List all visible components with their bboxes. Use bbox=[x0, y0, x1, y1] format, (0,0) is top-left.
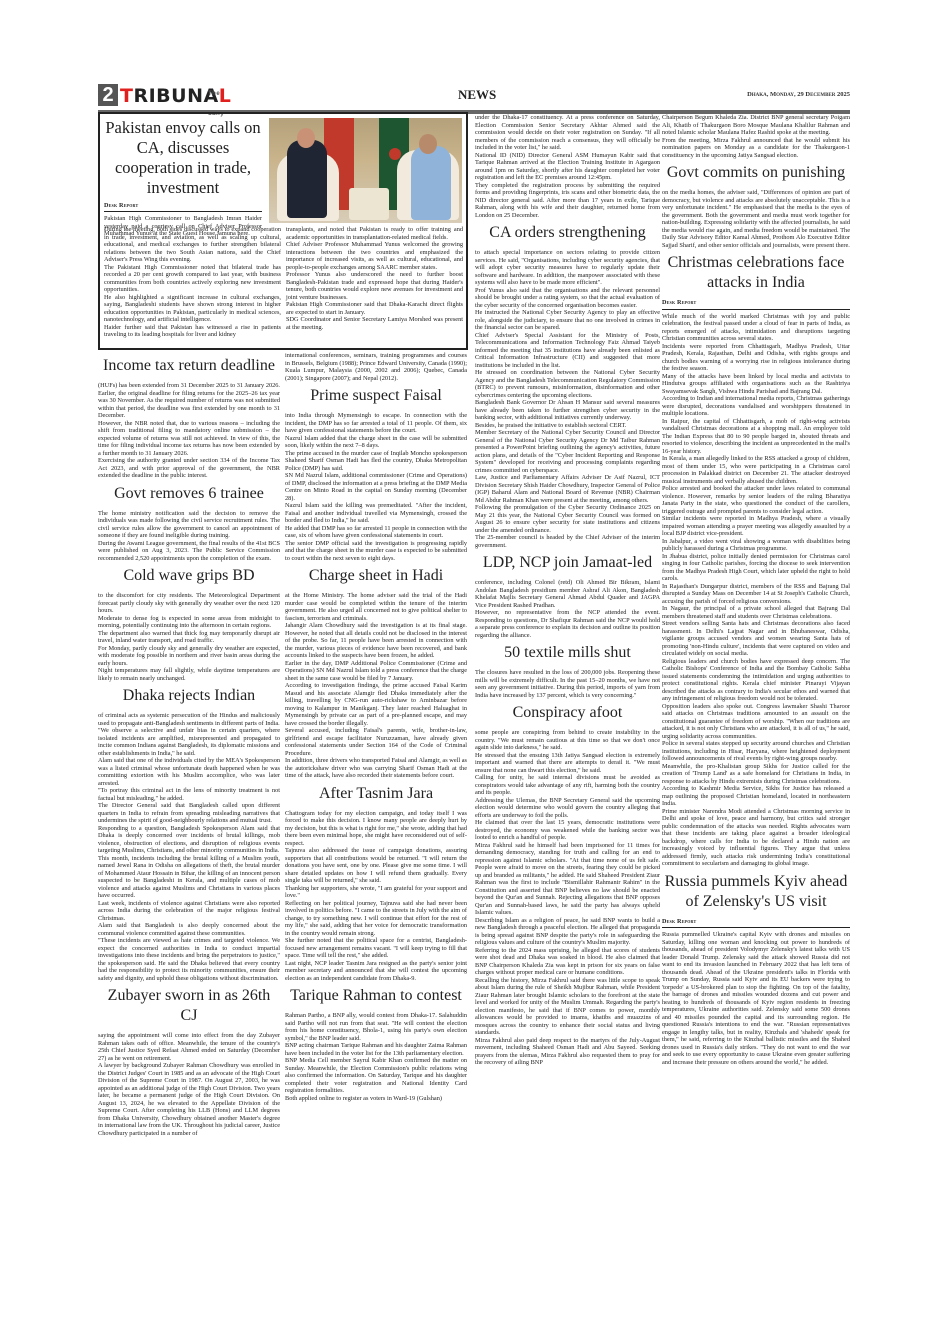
paragraph: Nazrul Islam added that the charge sheet… bbox=[285, 435, 467, 450]
paragraph: Last week, incidents of violence against… bbox=[98, 900, 280, 923]
paragraph: Russia pummelled Ukraine's capital Kyiv … bbox=[662, 931, 850, 1066]
paragraph: Besides, he praised the initiative to es… bbox=[475, 422, 660, 430]
paragraph: Religious leaders and church bodies have… bbox=[662, 658, 850, 703]
paragraph: She further noted that the political spa… bbox=[285, 937, 467, 960]
paragraph: Many of the attacks have been linked by … bbox=[662, 373, 850, 396]
paragraph: Prime minister Narendra Modi attended a … bbox=[662, 808, 850, 868]
article[interactable]: Christmas celebrations face attacks in I… bbox=[662, 253, 850, 868]
paragraph: SDG Coordinator and Senior Secretary Lam… bbox=[286, 316, 463, 331]
paragraph: According to Kashmir Media Service, Sikh… bbox=[662, 785, 850, 808]
paragraph: Mirza Fakhrul also paid deep respect to … bbox=[475, 1037, 660, 1067]
paragraph: The Director General said that Banglades… bbox=[98, 802, 280, 825]
paragraph: He added that DMP has so far arrested 11… bbox=[285, 525, 467, 540]
lead-header: Pakistan envoy calls on CA, discusses co… bbox=[104, 118, 262, 238]
article[interactable]: After Tasnim JaraChattogram today for my… bbox=[285, 784, 467, 983]
article-headline[interactable]: 50 textile mills shut bbox=[475, 643, 660, 663]
paragraph: to attach special importance on sectors … bbox=[475, 249, 660, 287]
paragraph: They completed the registration process … bbox=[475, 182, 660, 220]
paragraph: transplants, and noted that Pakistan is … bbox=[286, 226, 463, 241]
chief-adviser-head bbox=[419, 134, 437, 154]
logo-letters: RIBUNA bbox=[133, 85, 218, 107]
article[interactable]: Zubayer sworn in as 26th CJsaying the ap… bbox=[98, 986, 280, 1137]
envoy-figure bbox=[287, 140, 327, 218]
paragraph: According to Indian and international me… bbox=[662, 395, 850, 418]
paragraph: He stressed on coordination between the … bbox=[475, 369, 660, 399]
paragraph: Law, Justice and Parliamentary Affairs A… bbox=[475, 474, 660, 504]
paragraph: Haider further said that Pakistan has wi… bbox=[104, 324, 281, 339]
article-headline[interactable]: LDP, NCP join Jamaat-led bbox=[475, 553, 660, 573]
article[interactable]: Russia pummels Kyiv ahead of Zelensky's … bbox=[662, 872, 850, 1067]
article[interactable]: Chairperson Begum Khaleda Zia. District … bbox=[662, 114, 850, 159]
article-headline[interactable]: Zubayer sworn in as 26th CJ bbox=[98, 986, 280, 1026]
paragraph: A lawyer by background Zubayer Rahman Ch… bbox=[98, 1062, 280, 1137]
article-headline[interactable]: Income tax return deadline bbox=[98, 356, 280, 376]
paragraph: In addition, three drivers who transport… bbox=[285, 757, 467, 780]
paragraph: Jahangir Alam Chowdhury said the investi… bbox=[285, 622, 467, 660]
paragraph: "We observe a selective and unfair bias … bbox=[98, 727, 280, 757]
paragraph: National ID (NID) Director General ASM H… bbox=[475, 152, 660, 182]
paragraph: Member Secretary of the National Cyber S… bbox=[475, 429, 660, 474]
paragraph: Exercising the authority granted under s… bbox=[98, 457, 280, 480]
paragraph: During the meeting, both sides discussed… bbox=[104, 226, 281, 264]
article[interactable]: Income tax return deadline(HUFs) has bee… bbox=[98, 356, 280, 480]
paragraph: In Nagaur, the principal of a private sc… bbox=[662, 605, 850, 620]
paragraph: However, the NBR noted that, due to vari… bbox=[98, 420, 280, 458]
article-byline: Desk Report bbox=[662, 299, 850, 310]
article-headline[interactable]: Cold wave grips BD bbox=[98, 566, 280, 586]
paragraph: From the meeting, Mirza Fakhrul announce… bbox=[662, 137, 850, 160]
newspaper-page: 2 TRIBUNAL The daily NEWS Dhaka, Monday,… bbox=[98, 82, 850, 108]
paragraph: Tajnuva also addressed the issue of camp… bbox=[285, 847, 467, 885]
paragraph: Referring to the 2024 mass uprising, he … bbox=[475, 947, 660, 977]
paragraph: In Jabalpur, a video went viral showing … bbox=[662, 538, 850, 553]
paragraph: Police arrested and booked the attacker … bbox=[662, 485, 850, 515]
paragraph: BNP acting chairman Tarique Rahman and h… bbox=[285, 1042, 467, 1057]
paragraph: (HUFs) has been extended from 31 Decembe… bbox=[98, 382, 280, 420]
article[interactable]: Dhaka rejects Indianof criminal acts as … bbox=[98, 686, 280, 982]
article[interactable]: 50 textile mills shutThe closures have r… bbox=[475, 643, 660, 699]
side-table bbox=[349, 188, 389, 220]
paragraph: While much of the world marked Christmas… bbox=[662, 313, 850, 343]
article-byline: Desk Report bbox=[662, 918, 850, 929]
article[interactable]: Govt commits on punishing on the media h… bbox=[662, 163, 850, 249]
paragraph: Nazrul Islam said the killing was premed… bbox=[285, 502, 467, 525]
column-1: Income tax return deadline(HUFs) has bee… bbox=[98, 352, 280, 1137]
paragraph: Thanking her supporters, she wrote, "I a… bbox=[285, 885, 467, 900]
paragraph: Earlier in the day, DMP Additional Polic… bbox=[285, 660, 467, 683]
paragraph: The home ministry notification said the … bbox=[98, 510, 280, 540]
lead-headline[interactable]: Pakistan envoy calls on CA, discusses co… bbox=[104, 118, 262, 198]
article[interactable]: Cold wave grips BDto the discomfort for … bbox=[98, 566, 280, 682]
paragraph: Rahman Partho, a BNP ally, would contest… bbox=[285, 1012, 467, 1042]
column-3: under the Dhaka-17 constituency. At a pr… bbox=[475, 114, 660, 1067]
paragraph: Chairperson Begum Khaleda Zia. District … bbox=[662, 114, 850, 137]
article-headline[interactable]: Russia pummels Kyiv ahead of Zelensky's … bbox=[662, 872, 850, 912]
article-headline[interactable]: Prime suspect Faisal bbox=[285, 386, 467, 406]
paragraph: Chief Adviser Professor Muhammad Yunus w… bbox=[286, 241, 463, 271]
paragraph: During the Awami League government, the … bbox=[98, 540, 280, 563]
paragraph: Pakistan High Commissioner said that Dha… bbox=[286, 301, 463, 316]
article[interactable]: CA orders strengtheningto attach special… bbox=[475, 223, 660, 549]
paragraph: Responding to a question, Bangladesh Spo… bbox=[98, 825, 280, 855]
article-headline[interactable]: Govt removes 6 trainee bbox=[98, 484, 280, 504]
paragraph: Last night, NCP leader Tasnim Jara resig… bbox=[285, 960, 467, 983]
article[interactable]: Charge sheet in Hadiat the Home Ministry… bbox=[285, 566, 467, 780]
dateline: Dhaka, Monday, 29 December 2025 bbox=[747, 91, 850, 98]
page-number: 2 bbox=[98, 84, 118, 106]
chief-adviser-figure bbox=[411, 146, 451, 220]
paragraph: conference, including Colonel (retd) Oli… bbox=[475, 579, 660, 609]
paragraph: Chattogram today for my election campaig… bbox=[285, 810, 467, 848]
paragraph: According to investigation findings, the… bbox=[285, 682, 467, 727]
paragraph: Following the promulgation of the Cyber … bbox=[475, 504, 660, 534]
masthead: 2 TRIBUNAL The daily NEWS Dhaka, Monday,… bbox=[98, 82, 850, 108]
paragraph: He instructed the National Cyber Securit… bbox=[475, 309, 660, 332]
paragraph: For Monday, partly cloudy sky and genera… bbox=[98, 645, 280, 668]
paragraph: saying the appointment will come into ef… bbox=[98, 1032, 280, 1062]
article[interactable]: Conspiracy afootsome people are conspiri… bbox=[475, 703, 660, 1067]
paragraph: He claimed that over the last 15 years, … bbox=[475, 819, 660, 842]
paragraph: The closures have resulted in the loss o… bbox=[475, 669, 660, 699]
paragraph: Mirza Fakhrul said he himself had been i… bbox=[475, 842, 660, 917]
paragraph: This month, incidents including the brut… bbox=[98, 855, 280, 900]
article[interactable]: Prime suspect Faisalinto India through M… bbox=[285, 386, 467, 562]
paragraph: Meanwhile, the pro-Khalistan group Sikhs… bbox=[662, 763, 850, 786]
article[interactable]: international conferences, seminars, tra… bbox=[285, 352, 467, 382]
tribunal-logo[interactable]: TRIBUNAL The daily bbox=[120, 86, 231, 106]
paragraph: of criminal acts as systemic persecution… bbox=[98, 712, 280, 727]
paragraph: The senior DMP official said the investi… bbox=[285, 540, 467, 563]
article-headline[interactable]: Charge sheet in Hadi bbox=[285, 566, 467, 586]
paragraph: Police in several states stepped up secu… bbox=[662, 740, 850, 763]
article[interactable]: Govt removes 6 traineeThe home ministry … bbox=[98, 484, 280, 563]
paragraph: Both applied online to register as voter… bbox=[285, 1095, 467, 1103]
paragraph: "These incidents are viewed as hate crim… bbox=[98, 937, 280, 982]
article[interactable]: Tarique Rahman to contestRahman Partho, … bbox=[285, 986, 467, 1102]
lead-body-left: During the meeting, both sides discussed… bbox=[104, 226, 281, 339]
article-headline[interactable]: CA orders strengthening bbox=[475, 223, 660, 243]
article-headline[interactable]: Dhaka rejects Indian bbox=[98, 686, 280, 706]
paragraph: to the discomfort for city residents. Th… bbox=[98, 592, 280, 615]
paragraph: on the media homes, the adviser said, "D… bbox=[662, 189, 850, 249]
article[interactable]: under the Dhaka-17 constituency. At a pr… bbox=[475, 114, 660, 219]
paragraph: at the Home Ministry. The home adviser s… bbox=[285, 592, 467, 622]
paragraph: Bangladesh Bank Governor Dr Ahsan H Mans… bbox=[475, 399, 660, 422]
paragraph: Describing Islam as a religion of peace,… bbox=[475, 917, 660, 947]
paragraph: Similar incidents were reported in Madhy… bbox=[662, 515, 850, 538]
paragraph: Opposition leaders also spoke out. Congr… bbox=[662, 703, 850, 741]
paragraph: Alam said that Bangladesh is also deeply… bbox=[98, 922, 280, 937]
paragraph: Several accused, including Faisal's pare… bbox=[285, 727, 467, 757]
paragraph: In Rajasthan's Dungarpur district, membe… bbox=[662, 583, 850, 606]
paragraph: Addressing the Ulemas, the BNP Secretary… bbox=[475, 797, 660, 820]
column-2: international conferences, seminars, tra… bbox=[285, 352, 467, 1102]
paragraph: Chief Adviser's Special Assistant for th… bbox=[475, 332, 660, 370]
paragraph: BNP Media Cell member Sayrul Kabir Khan … bbox=[285, 1057, 467, 1095]
paragraph: The department also warned that thick fo… bbox=[98, 630, 280, 645]
paragraph: under the Dhaka-17 constituency. At a pr… bbox=[475, 114, 660, 152]
paragraph: Moderate to dense fog is expected in som… bbox=[98, 615, 280, 630]
paragraph: Calling for unity, he said internal divi… bbox=[475, 774, 660, 797]
paragraph: Incidents were reported from Chhattisgar… bbox=[662, 343, 850, 373]
lead-body-right: transplants, and noted that Pakistan is … bbox=[286, 226, 463, 331]
paragraph: In Jhabua district, police initially den… bbox=[662, 553, 850, 583]
paragraph: In Raipur, the capital of Chhattisgarh, … bbox=[662, 418, 850, 456]
lead-byline: Desk Report bbox=[104, 202, 262, 212]
article-headline[interactable]: After Tasnim Jara bbox=[285, 784, 467, 804]
paragraph: The 25-member council is headed by the C… bbox=[475, 534, 660, 549]
lead-photo[interactable] bbox=[269, 118, 462, 223]
paragraph: some people are conspiring from behind t… bbox=[475, 729, 660, 752]
article-headline[interactable]: Tarique Rahman to contest bbox=[285, 986, 467, 1006]
envoy-head bbox=[297, 128, 315, 148]
paragraph: international conferences, seminars, tra… bbox=[285, 352, 467, 382]
lead-story[interactable]: Pakistan envoy calls on CA, discusses co… bbox=[98, 112, 468, 350]
paragraph: Prof Yunus also said that the organisati… bbox=[475, 287, 660, 310]
paragraph: "To portray this criminal act in the len… bbox=[98, 787, 280, 802]
paragraph: Professor Yunus also underscored the nee… bbox=[286, 271, 463, 301]
section-title: NEWS bbox=[458, 87, 496, 103]
paragraph: Street vendors selling Santa hats and Ch… bbox=[662, 620, 850, 658]
article-headline[interactable]: Govt commits on punishing bbox=[662, 163, 850, 183]
column-4: Chairperson Begum Khaleda Zia. District … bbox=[662, 114, 850, 1066]
paragraph: The Pakistani High Commissioner noted th… bbox=[104, 264, 281, 294]
paragraph: Recalling the history, Mirza Fakhrul sai… bbox=[475, 977, 660, 1037]
article[interactable]: LDP, NCP join Jamaat-ledconference, incl… bbox=[475, 553, 660, 639]
paragraph: He also highlighted a significant increa… bbox=[104, 294, 281, 324]
paragraph: Alam said that one of the individuals ci… bbox=[98, 757, 280, 787]
paragraph: In Kerala, a man allegedly linked to the… bbox=[662, 455, 850, 485]
paragraph: Night temperatures may fall slightly, wh… bbox=[98, 667, 280, 682]
paragraph: into India through Mymensingh to escape.… bbox=[285, 412, 467, 435]
paragraph: Reflecting on her political journey, Taj… bbox=[285, 900, 467, 938]
logo-letter-t: T bbox=[120, 85, 133, 107]
paragraph: The prime accused in the murder case of … bbox=[285, 450, 467, 473]
paragraph: He stressed that the ensuing 13th Jatiya… bbox=[475, 752, 660, 775]
article-headline[interactable]: Christmas celebrations face attacks in I… bbox=[662, 253, 850, 293]
article-headline[interactable]: Conspiracy afoot bbox=[475, 703, 660, 723]
paragraph: However, no representative from the NCP … bbox=[475, 609, 660, 639]
paragraph: SN Md Nazrul Islam, additional commissio… bbox=[285, 472, 467, 502]
